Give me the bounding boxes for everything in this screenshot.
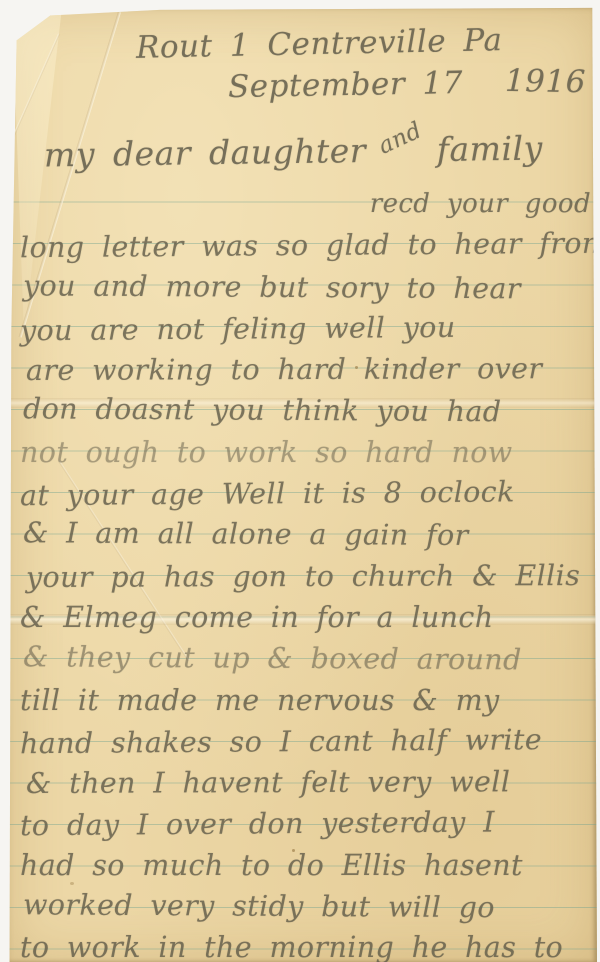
scanned-letter-background: Rout 1 Centreville Pa September 171916 m…: [0, 0, 600, 962]
letter-line: recd your good: [20, 184, 595, 225]
letter-date-year: 1916: [505, 63, 587, 100]
letter-date-month-day: September 17: [228, 65, 464, 105]
letter-line: & then I havent felt very well: [26, 761, 600, 804]
letter-date-line: September 171916: [228, 63, 586, 105]
letter-line: you and more but sory to hear: [23, 265, 598, 310]
letter-salutation: my dear daughter and family: [44, 129, 543, 175]
letter-line: & Elmeg come in for a lunch: [20, 597, 595, 638]
letter-line: till it made me nervous & my: [20, 680, 595, 721]
letter-paper-sheet: Rout 1 Centreville Pa September 171916 m…: [6, 6, 597, 962]
salutation-text-after: family: [436, 129, 542, 169]
letter-line: & they cut up & boxed around: [23, 637, 598, 682]
letter-line: to work in the morning he has to: [20, 927, 595, 962]
letter-line: you are not feling well you: [20, 306, 595, 352]
salutation-text: my dear daughter: [44, 131, 367, 174]
letter-line: not ough to work so hard now: [20, 432, 595, 473]
letter-body: recd your good long letter was so glad t…: [20, 184, 595, 962]
letter-line: are working to hard kinder over: [26, 348, 600, 391]
letter-address-line: Rout 1 Centreville Pa: [136, 22, 503, 66]
letter-line: your pa has gon to church & Ellis: [26, 555, 600, 598]
letter-line: worked very stidy but will go: [23, 884, 598, 929]
letter-line: to day I over don yesterday I: [20, 801, 595, 847]
letter-line: at your age Well it is 8 oclock: [20, 471, 595, 517]
letter-line: don doasnt you think you had: [23, 389, 598, 434]
letter-line: & I am all alone a gain for: [23, 513, 598, 558]
letter-line: had so much to do Ellis hasent: [20, 845, 595, 886]
salutation-inserted-word: and: [374, 117, 426, 159]
letter-line: long letter was so glad to hear from: [20, 223, 595, 269]
letter-line: hand shakes so I cant half write: [20, 719, 595, 765]
